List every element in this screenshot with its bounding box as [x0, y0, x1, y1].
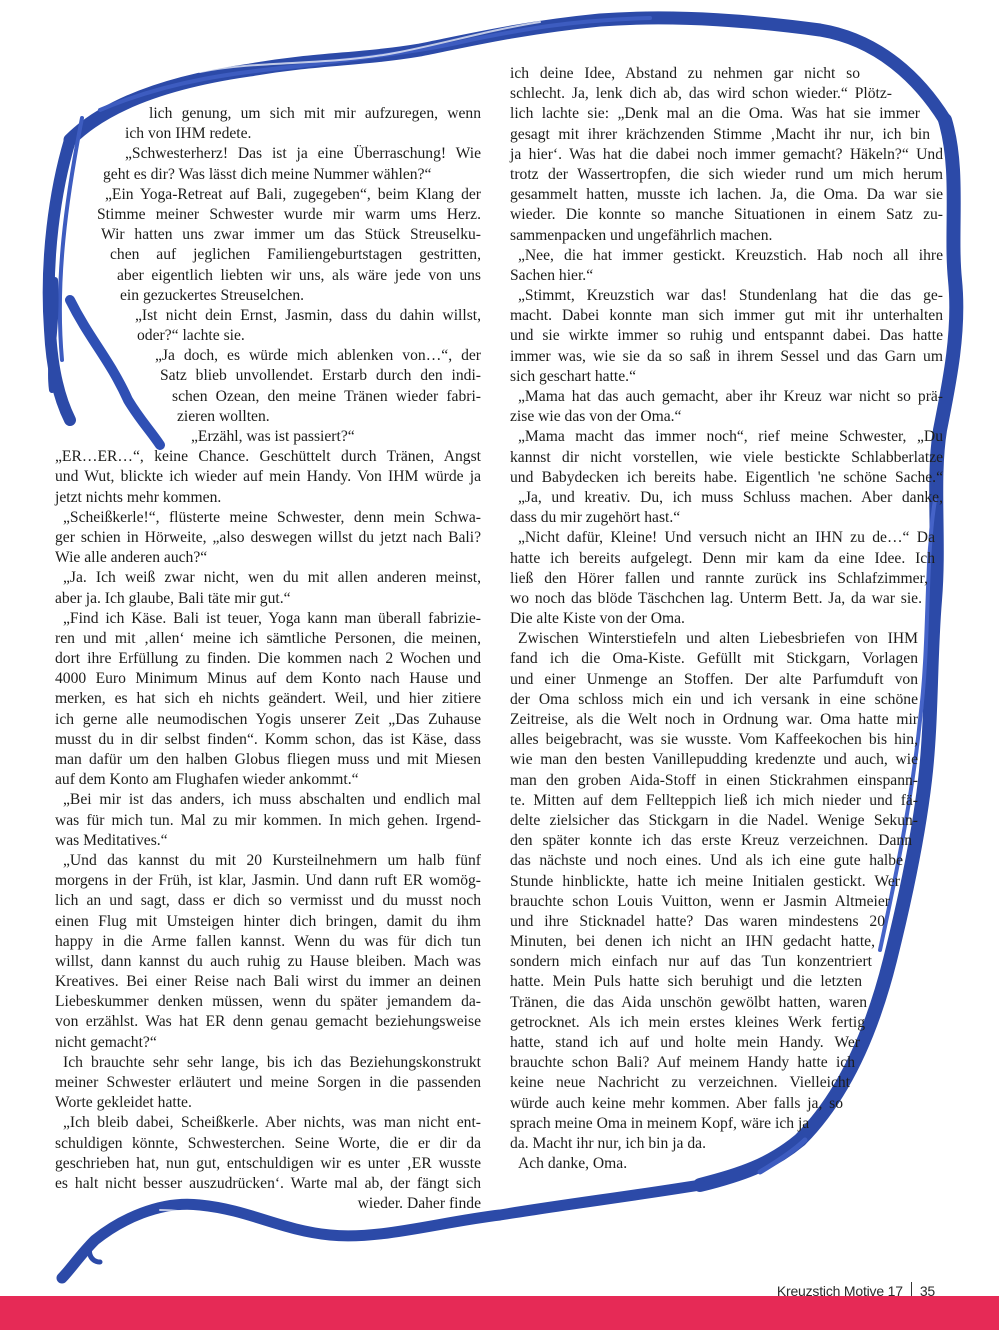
text-line: „Scheißkerle!“, flüsterte meine Schweste…: [63, 508, 481, 528]
text-line: dort ihre Erfüllung zu finden. Die komme…: [55, 649, 481, 669]
text-line: hatte ich bereits aufgelegt. Denn mir ka…: [510, 549, 935, 569]
text-line: hatte, stand ich auf und holte mein Hand…: [510, 1033, 860, 1053]
text-line: „Find ich Käse. Bali ist teuer, Yoga kan…: [63, 609, 481, 629]
text-line: Liebeskummer denken müssen, wenn du spät…: [55, 992, 481, 1012]
text-line: wo noch das blöde Täschchen lag. Unterm …: [510, 589, 922, 609]
text-line: „Mama hat das auch gemacht, aber ihr Kre…: [510, 387, 943, 407]
text-line: „Ja. Ich weiß zwar nicht, wen du mit all…: [63, 568, 481, 588]
text-line: da. Macht ihr nur, ich bin ja da.: [510, 1134, 810, 1154]
text-line: Wie alle anderen auch?“: [55, 548, 481, 568]
text-line: te. Mitten auf dem Fellteppich ließ ich …: [510, 791, 918, 811]
text-line: keine neue Nachricht zu verzeichnen. Vie…: [510, 1073, 850, 1093]
text-line: alles beigebracht, was sie wusste. Vom K…: [510, 730, 918, 750]
text-line: 4000 Euro Minimum Minus auf dem Konto na…: [55, 669, 481, 689]
text-line: schuldigen könnte, Schwesterchen. Seine …: [55, 1134, 481, 1154]
text-line: Ach danke, Oma.: [510, 1154, 810, 1174]
text-line: würde auch keine mehr kommen. Aber falls…: [510, 1094, 843, 1114]
text-line: jetzt nichts mehr kommen.: [55, 488, 481, 508]
text-line: macht. Dabei konnte man sich immer gut m…: [510, 306, 943, 326]
text-line: musst du in dir selbst finden“. Komm sch…: [55, 730, 481, 750]
text-line: sammenpacken und ungefährlich machen.: [510, 226, 943, 246]
text-line: ger schien in Hörweite, „also deswegen w…: [55, 528, 481, 548]
text-line: und sie wirkte immer so ruhig und entspa…: [510, 326, 943, 346]
text-line: ich gerne alle neumodischen Yogis unsere…: [55, 710, 481, 730]
text-line: gesammelt hatten, musste ich lachen. Ja,…: [510, 185, 943, 205]
text-line: und einer Unmenge an Stoffen. Der alte P…: [510, 670, 918, 690]
text-line: „Ein Yoga-Retreat auf Bali, zugegeben“, …: [105, 185, 481, 205]
text-line: wieder. Die konnte so manche Situationen…: [510, 205, 943, 225]
text-line: Wir hatten uns zwar immer um das Stück S…: [101, 225, 481, 245]
text-line: ich von IHM redete.: [125, 124, 481, 144]
text-line: „Ist nicht dein Ernst, Jasmin, dass du d…: [135, 306, 481, 326]
text-line: lich lachte sie: „Denk mal an die Oma. W…: [510, 104, 920, 124]
text-line: chen auf jeglichen Familiengeburtstagen …: [110, 245, 481, 265]
text-line: schen Ozean, den meine Tränen wieder fab…: [172, 387, 481, 407]
text-line: gesagt mit ihrer krächzenden Stimme ‚Mac…: [510, 125, 930, 145]
text-line: willst, dann kannst du auch ruhig zu Hau…: [55, 952, 481, 972]
text-line: zieren wollten.: [177, 407, 481, 427]
text-line: lich genung, um sich mit mir aufzuregen,…: [149, 104, 481, 124]
text-line: „Bei mir ist das anders, ich muss abscha…: [63, 790, 481, 810]
text-line: nicht gemacht?“: [55, 1033, 481, 1053]
text-line: „Mama macht das immer noch“, rief meine …: [510, 427, 943, 447]
text-line: trotz der Wassertropfen, die sich wieder…: [510, 165, 943, 185]
right-text-column: ich deine Idee, Abstand zu nehmen gar ni…: [510, 64, 943, 1174]
text-line: geht es dir? Was lässt dich meine Nummer…: [103, 165, 481, 185]
text-line: einen Flug mit Umsteigen hinter dich bri…: [55, 912, 481, 932]
text-line: ich deine Idee, Abstand zu nehmen gar ni…: [510, 64, 860, 84]
text-line: wieder. Daher finde: [55, 1194, 481, 1214]
text-line: morgens in der Früh, ist klar, Jasmin. U…: [55, 871, 481, 891]
text-line: Stimme meiner Schwester wurde mir warm u…: [97, 205, 481, 225]
text-line: ein gezuckertes Streuselchen.: [120, 286, 481, 306]
text-line: und ihre Sticknadel hatte? Das waren min…: [510, 912, 885, 932]
text-line: wie man den besten Vanillepudding kreden…: [510, 750, 918, 770]
text-line: „Ja, und kreativ. Du, ich muss Schluss m…: [510, 488, 943, 508]
text-line: „Nicht dafür, Kleine! Und versuch nicht …: [510, 528, 935, 548]
text-line: das nächste und noch eines. Und als ich …: [510, 851, 903, 871]
text-line: „Schwesterherz! Das ist ja eine Überrasc…: [125, 144, 481, 164]
text-line: ja hier‘. Was hat die dabei noch immer g…: [510, 145, 943, 165]
text-line: brauchte schon Louis Vuitton, wenn er Ja…: [510, 892, 890, 912]
text-line: „Stimmt, Kreuzstich war das! Stundenlang…: [510, 286, 943, 306]
text-line: hatte. Mein Puls hatte sich beruhigt und…: [510, 972, 862, 992]
text-line: Stunde hinblickte, hatte ich meine Initi…: [510, 872, 900, 892]
text-line: Tränen, die das Aida unschön gewölbt hat…: [510, 993, 867, 1013]
text-line: was für mich tun. Mal zu mir kommen. In …: [55, 811, 481, 831]
text-line: sondern mich einfach nur auf das Tun kon…: [510, 952, 872, 972]
text-line: „ER…ER…“, keine Chance. Geschüttelt durc…: [55, 447, 481, 467]
left-text-column: lich genung, um sich mit mir aufzuregen,…: [55, 104, 481, 1214]
text-line: Minuten, bei denen ich nicht an IHN geda…: [510, 932, 875, 952]
text-line: „Ja doch, es würde mich ablenken von…“, …: [155, 346, 481, 366]
text-line: „Ich bleib dabei, Scheißkerle. Aber nich…: [63, 1113, 481, 1133]
text-line: fand ich die Oma-Kiste. Gefüllt mit Stic…: [510, 649, 918, 669]
text-line: happy in die Arme fallen kannst. Wenn du…: [55, 932, 481, 952]
text-line: merken, es hat sich eh nichts geändert. …: [55, 689, 481, 709]
text-line: aber ja. Ich glaube, Bali täte mir gut.“: [55, 589, 481, 609]
text-line: „Erzähl, was ist passiert?“: [191, 427, 481, 447]
text-line: sprach meine Oma in meinem Kopf, wäre ic…: [510, 1114, 830, 1134]
text-line: „Nee, die hat immer gestickt. Kreuzstich…: [510, 246, 943, 266]
text-line: Ich brauchte sehr sehr lange, bis ich da…: [63, 1053, 481, 1073]
text-line: immer was, wie sie da so saß in ihrem Se…: [510, 347, 943, 367]
text-line: und Babydecken ich bereits habe. Eigentl…: [510, 468, 943, 488]
text-line: lich an und sagt, dass er dich so vermis…: [55, 891, 481, 911]
text-line: oder?“ lachte sie.: [137, 326, 481, 346]
text-line: aber eigentlich liebten wir uns, als wär…: [117, 266, 481, 286]
text-line: „Und das kannst du mit 20 Kursteilnehmer…: [63, 851, 481, 871]
text-line: getrocknet. Als ich mein erstes kleines …: [510, 1013, 865, 1033]
text-line: meiner Schwester erläutert und meine Sor…: [55, 1073, 481, 1093]
text-line: ließ den Hörer fallen und rannte zurück …: [510, 569, 928, 589]
text-line: den später konnte ich das erste Kreuz ve…: [510, 831, 912, 851]
text-line: geschrieben hat, nun gut, entschuldigen …: [55, 1154, 481, 1174]
text-line: ren und mit ‚allen‘ meine ich sämtliche …: [55, 629, 481, 649]
text-line: man den groben Aida-Stoff in einen Stick…: [510, 771, 918, 791]
text-line: Worte gekleidet hatte.: [55, 1093, 481, 1113]
text-line: von erzählst. Was hat ER denn genau gema…: [55, 1012, 481, 1032]
text-line: delte zielsicher das Stickgarn in die Na…: [510, 811, 918, 831]
text-line: Zwischen Winterstiefeln und alten Liebes…: [510, 629, 918, 649]
text-line: sich geschart hatte.“: [510, 367, 943, 387]
text-line: Zeitreise, als die Welt noch in Ordnung …: [510, 710, 918, 730]
text-line: was Meditatives.“: [55, 831, 481, 851]
text-line: schlecht. Ja, lenk dich ab, das wird sch…: [510, 84, 892, 104]
text-line: man dafür um den halben Globus fliegen m…: [55, 750, 481, 770]
text-line: zise wie das von der Oma.“: [510, 407, 943, 427]
text-line: dass du mir zugehört hast.“: [510, 508, 943, 528]
footer-accent-bar: [0, 1296, 999, 1330]
text-line: der Oma schloss mich ein und ich versank…: [510, 690, 918, 710]
text-line: brauchte schon Bali? Auf meinem Handy ha…: [510, 1053, 855, 1073]
text-line: Sachen hier.“: [510, 266, 943, 286]
text-line: Satz blieb unvollendet. Erstarb durch de…: [160, 366, 481, 386]
text-line: auf dem Konto am Flughafen wieder ankomm…: [55, 770, 481, 790]
text-line: kannst dir nicht vorstellen, wie viele b…: [510, 448, 943, 468]
text-line: es halt nicht besser auszudrücken‘. Wart…: [55, 1174, 481, 1194]
text-line: Die alte Kiste von der Oma.: [510, 609, 922, 629]
text-line: und Wut, blickte ich wieder auf mein Han…: [55, 467, 481, 487]
text-line: Kreatives. Bei einer Reise nach Bali wir…: [55, 972, 481, 992]
